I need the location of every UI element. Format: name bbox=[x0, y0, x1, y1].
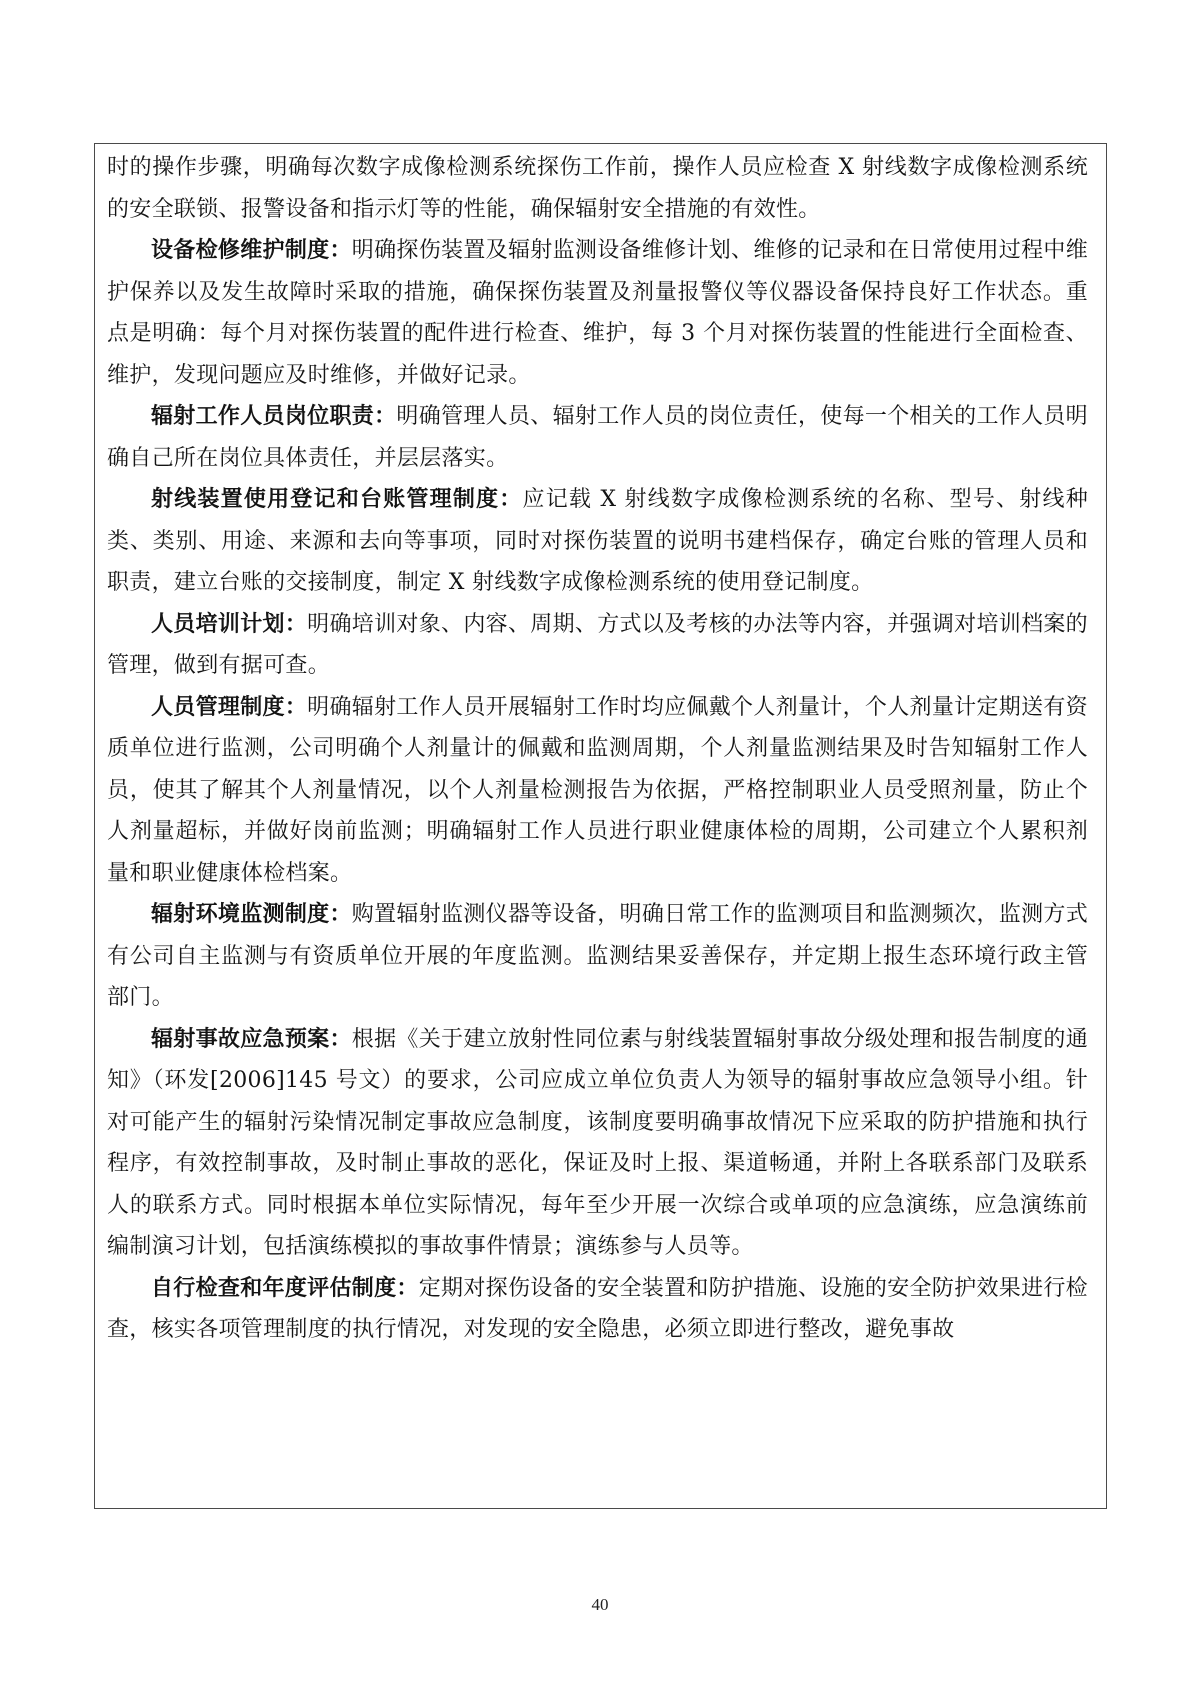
section-emergency-plan: 辐射事故应急预案：根据《关于建立放射性同位素与射线装置辐射事故分级处理和报告制度… bbox=[107, 1019, 1088, 1268]
section-heading: 辐射环境监测制度： bbox=[151, 901, 352, 927]
section-heading: 设备检修维护制度： bbox=[151, 237, 352, 263]
section-training-plan: 人员培训计划：明确培训对象、内容、周期、方式以及考核的办法等内容，并强调对培训档… bbox=[107, 604, 1088, 687]
section-heading: 人员培训计划： bbox=[151, 611, 307, 637]
section-staff-responsibilities: 辐射工作人员岗位职责：明确管理人员、辐射工作人员的岗位责任，使每一个相关的工作人… bbox=[107, 396, 1088, 479]
section-device-registration-ledger: 射线装置使用登记和台账管理制度：应记载 X 射线数字成像检测系统的名称、型号、射… bbox=[107, 479, 1088, 604]
section-heading: 自行检查和年度评估制度： bbox=[151, 1275, 419, 1301]
page-number: 40 bbox=[0, 1595, 1200, 1615]
continuation-paragraph: 时的操作步骤，明确每次数字成像检测系统探伤工作前，操作人员应检查 X 射线数字成… bbox=[107, 147, 1088, 230]
section-heading: 射线装置使用登记和台账管理制度： bbox=[151, 486, 523, 512]
content-box: 时的操作步骤，明确每次数字成像检测系统探伤工作前，操作人员应检查 X 射线数字成… bbox=[94, 143, 1107, 1509]
section-personnel-management: 人员管理制度：明确辐射工作人员开展辐射工作时均应佩戴个人剂量计，个人剂量计定期送… bbox=[107, 687, 1088, 895]
section-self-inspection: 自行检查和年度评估制度：定期对探伤设备的安全装置和防护措施、设施的安全防护效果进… bbox=[107, 1268, 1088, 1351]
section-environment-monitoring: 辐射环境监测制度：购置辐射监测仪器等设备，明确日常工作的监测项目和监测频次，监测… bbox=[107, 894, 1088, 1019]
section-heading: 辐射事故应急预案： bbox=[151, 1026, 352, 1052]
section-heading: 人员管理制度： bbox=[151, 694, 307, 720]
section-body: 根据《关于建立放射性同位素与射线装置辐射事故分级处理和报告制度的通知》（环发[2… bbox=[107, 1027, 1088, 1260]
section-equipment-maintenance: 设备检修维护制度：明确探伤装置及辐射监测设备维修计划、维修的记录和在日常使用过程… bbox=[107, 230, 1088, 396]
section-heading: 辐射工作人员岗位职责： bbox=[151, 403, 396, 429]
section-body: 明确辐射工作人员开展辐射工作时均应佩戴个人剂量计，个人剂量计定期送有资质单位进行… bbox=[107, 695, 1088, 886]
